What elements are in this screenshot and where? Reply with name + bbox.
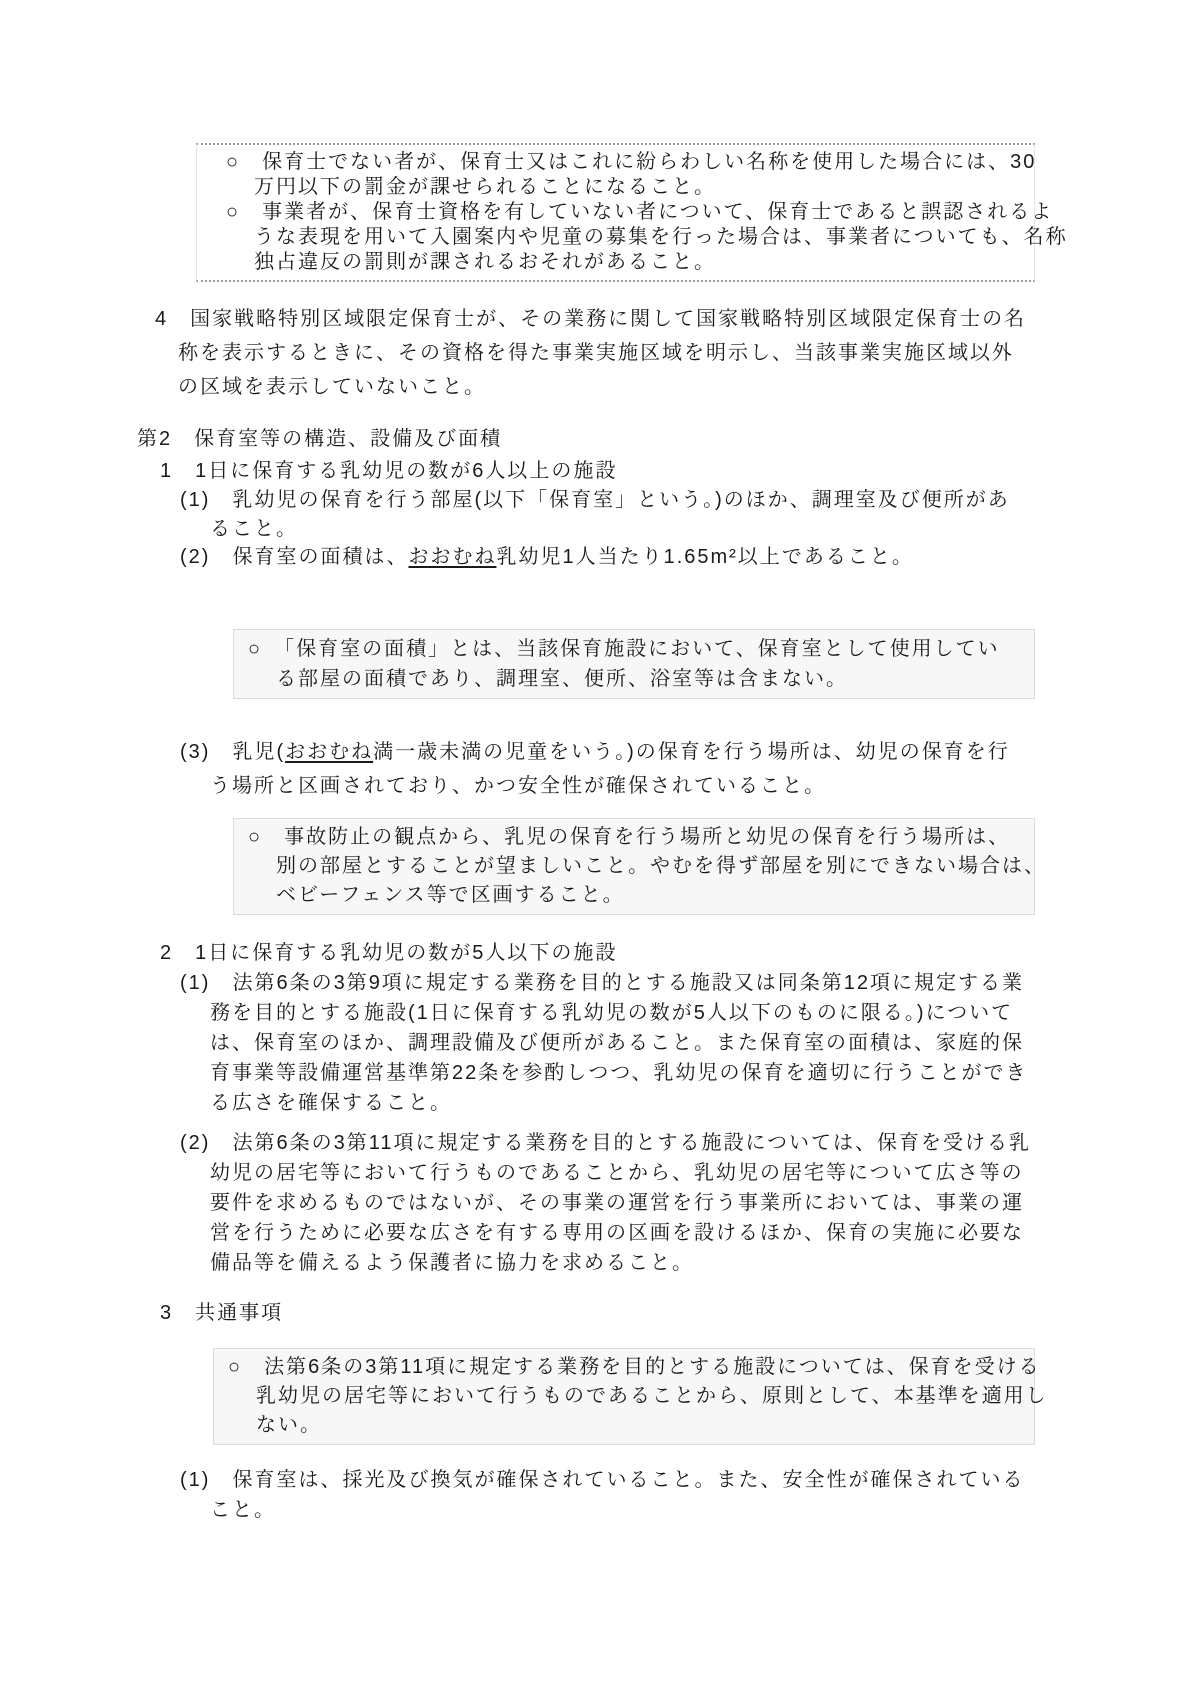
heading-text: 第2 保育室等の構造、設備及び面積 (137, 424, 1077, 454)
text-line: ○ 法第6条の3第11項に規定する業務を目的とする施設については、保育を受ける (228, 1353, 1024, 1382)
section-2-heading: 第2 保育室等の構造、設備及び面積 (137, 424, 1077, 454)
note-bullet-item: ○ 事業者が、保育士資格を有していない者について、保育士であると誤認されるような… (226, 200, 1026, 275)
text-line: こと。 (180, 1495, 1080, 1525)
text-line: 幼児の居宅等において行うものであることから、乳幼児の居宅等について広さ等の (180, 1158, 1080, 1188)
top-note-box: ○ 保育士でない者が、保育士又はこれに紛らわしい名称を使用した場合には、30万円… (196, 143, 1035, 282)
paragraph-2-1: (1) 法第6条の3第9項に規定する業務を目的とする施設又は同条第12項に規定す… (180, 968, 1080, 1118)
text-line: 営を行うために必要な広さを有する専用の区画を設けるほか、保育の実施に必要な (180, 1218, 1080, 1248)
note-bullet-item: ○ 「保育室の面積」とは、当該保育施設において、保育室として使用している部屋の面… (248, 634, 1024, 694)
text-segment: (2) 保育室の面積は、 (180, 546, 408, 568)
document-page: ○ 保育士でない者が、保育士又はこれに紛らわしい名称を使用した場合には、30万円… (0, 0, 1181, 1695)
note-box-room-area: ○ 「保育室の面積」とは、当該保育施設において、保育室として使用している部屋の面… (233, 629, 1035, 699)
text-line: ない。 (228, 1411, 1024, 1440)
heading-text: 1 1日に保育する乳幼児の数が6人以上の施設 (160, 456, 1080, 486)
paragraph-2-2: (2) 法第6条の3第11項に規定する業務を目的とする施設については、保育を受け… (180, 1128, 1080, 1278)
text-line: 育事業等設備運営基準第22条を参酌しつつ、乳幼児の保育を適切に行うことができ (180, 1058, 1080, 1088)
text-line: 称を表示するときに、その資格を得た事業実施区域を明示し、当該事業実施区域以外 (155, 336, 1055, 370)
paragraph-item-4: 4 国家戦略特別区域限定保育士が、その業務に関して国家戦略特別区域限定保育士の名… (155, 302, 1055, 404)
heading-text: 2 1日に保育する乳幼児の数が5人以下の施設 (160, 938, 1080, 968)
text-line: (1) 法第6条の3第9項に規定する業務を目的とする施設又は同条第12項に規定す… (180, 968, 1080, 998)
underlined-text: おおむね (285, 741, 373, 763)
text-line: 務を目的とする施設(1日に保育する乳幼児の数が5人以下のものに限る。)について (180, 998, 1080, 1028)
text-line: ○ 「保育室の面積」とは、当該保育施設において、保育室として使用してい (248, 634, 1024, 664)
note-box-accident-prevention: ○ 事故防止の観点から、乳児の保育を行う場所と幼児の保育を行う場所は、別の部屋と… (233, 818, 1035, 915)
text-line: 4 国家戦略特別区域限定保育士が、その業務に関して国家戦略特別区域限定保育士の名 (155, 302, 1055, 336)
text-line: うな表現を用いて入園案内や児童の募集を行った場合は、事業者についても、名称 (226, 225, 1026, 250)
text-line: 独占違反の罰則が課されるおそれがあること。 (226, 250, 1026, 275)
underlined-text: おおむね (408, 546, 496, 568)
text-line: う場所と区画されており、かつ安全性が確保されていること。 (180, 769, 1080, 803)
text-line: ○ 事業者が、保育士資格を有していない者について、保育士であると誤認されるよ (226, 200, 1026, 225)
text-line: 乳幼児の居宅等において行うものであることから、原則として、本基準を適用し (228, 1382, 1024, 1411)
text-line: ○ 事故防止の観点から、乳児の保育を行う場所と幼児の保育を行う場所は、 (248, 823, 1024, 852)
text-line: 別の部屋とすることが望ましいこと。やむを得ず部屋を別にできない場合は、 (248, 852, 1024, 881)
sub3-heading: 3 共通事項 (160, 1298, 1080, 1328)
text-line: の区域を表示していないこと。 (155, 370, 1055, 404)
heading-text: 3 共通事項 (160, 1298, 1080, 1328)
sub2-heading: 2 1日に保育する乳幼児の数が5人以下の施設 (160, 938, 1080, 968)
text-line: る広さを確保すること。 (180, 1088, 1080, 1118)
note-bullet-item: ○ 事故防止の観点から、乳児の保育を行う場所と幼児の保育を行う場所は、別の部屋と… (248, 823, 1024, 910)
text-line: 要件を求めるものではないが、その事業の運営を行う事業所においては、事業の運 (180, 1188, 1080, 1218)
text-segment: 満一歳未満の児童をいう。)の保育を行う場所は、幼児の保育を行 (373, 741, 1010, 763)
text-line: (1) 保育室は、採光及び換気が確保されていること。また、安全性が確保されている (180, 1465, 1080, 1495)
note-bullet-item: ○ 保育士でない者が、保育士又はこれに紛らわしい名称を使用した場合には、30万円… (226, 150, 1026, 200)
note-bullet-item: ○ 法第6条の3第11項に規定する業務を目的とする施設については、保育を受ける乳… (228, 1353, 1024, 1440)
text-segment: (3) 乳児( (180, 741, 285, 763)
paragraph-1-1: (1) 乳幼児の保育を行う部屋(以下「保育室」という。)のほか、調理室及び便所が… (180, 486, 1080, 544)
text-line: (3) 乳児(おおむね満一歳未満の児童をいう。)の保育を行う場所は、幼児の保育を… (180, 735, 1080, 769)
text-line: (1) 乳幼児の保育を行う部屋(以下「保育室」という。)のほか、調理室及び便所が… (180, 486, 1080, 515)
paragraph-1-2: (2) 保育室の面積は、おおむね乳幼児1人当たり1.65m²以上であること。 (180, 543, 1080, 572)
text-line: る部屋の面積であり、調理室、便所、浴室等は含まない。 (248, 664, 1024, 694)
text-line: (2) 法第6条の3第11項に規定する業務を目的とする施設については、保育を受け… (180, 1128, 1080, 1158)
note-box-common-rules: ○ 法第6条の3第11項に規定する業務を目的とする施設については、保育を受ける乳… (213, 1348, 1035, 1445)
text-line: ベビーフェンス等で区画すること。 (248, 881, 1024, 910)
text-line: ること。 (180, 515, 1080, 544)
paragraph-3-1: (1) 保育室は、採光及び換気が確保されていること。また、安全性が確保されている… (180, 1465, 1080, 1525)
text-line: (2) 保育室の面積は、おおむね乳幼児1人当たり1.65m²以上であること。 (180, 543, 1080, 572)
text-line: 備品等を備えるよう保護者に協力を求めること。 (180, 1248, 1080, 1278)
text-line: ○ 保育士でない者が、保育士又はこれに紛らわしい名称を使用した場合には、30 (226, 150, 1026, 175)
text-line: は、保育室のほか、調理設備及び便所があること。また保育室の面積は、家庭的保 (180, 1028, 1080, 1058)
sub1-heading: 1 1日に保育する乳幼児の数が6人以上の施設 (160, 456, 1080, 486)
text-segment: 乳幼児1人当たり1.65m²以上であること。 (496, 546, 913, 568)
text-line: 万円以下の罰金が課せられることになること。 (226, 175, 1026, 200)
paragraph-1-3: (3) 乳児(おおむね満一歳未満の児童をいう。)の保育を行う場所は、幼児の保育を… (180, 735, 1080, 803)
